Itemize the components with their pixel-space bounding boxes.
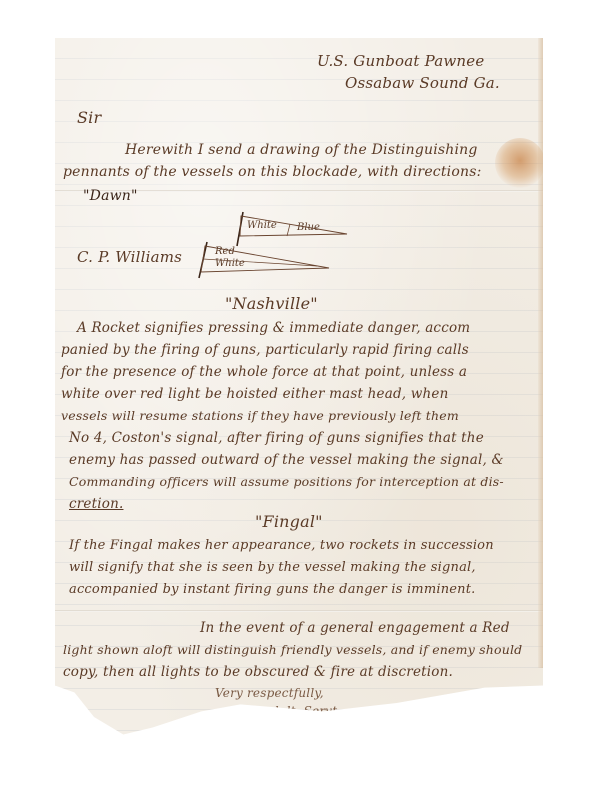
fingal-line: If the Fingal makes her appearance, two … [69,538,494,553]
dawn-label: "Dawn" [83,188,138,204]
fold-line [55,610,543,612]
pennant-color: Blue [297,222,320,233]
nashville-line: cretion. [69,496,123,512]
intro-line: pennants of the vessels on this blockade… [63,164,482,180]
stain [495,138,545,188]
williams-label: C. P. Williams [77,248,182,266]
intro-line: Herewith I send a drawing of the Disting… [125,142,478,158]
fingal-line: accompanied by instant firing guns the d… [69,582,476,597]
general-line: light shown aloft will distinguish frien… [63,642,522,657]
heading-line1: U.S. Gunboat Pawnee [317,52,484,70]
general-line: copy, then all lights to be obscured & f… [63,664,453,680]
pennant-color: White [215,258,245,269]
closing-line: Your obdt. Servt. [235,704,341,718]
pennant-color: Red [215,246,235,257]
pennant-color: White [247,220,277,231]
nashville-line: panied by the firing of guns, particular… [61,342,469,358]
fingal-line: will signify that she is seen by the ves… [69,560,476,575]
nashville-line: white over red light be hoisted either m… [61,386,449,402]
nashville-line: Commanding officers will assume position… [69,474,504,489]
section-title-fingal: "Fingal" [255,512,323,531]
heading-line2: Ossabaw Sound Ga. [345,74,500,92]
nashville-line: for the presence of the whole force at t… [61,364,467,380]
nashville-line: A Rocket signifies pressing & immediate … [77,320,470,336]
williams-pennant: Red White [197,238,337,282]
nashville-line: enemy has passed outward of the vessel m… [69,452,504,468]
nashville-line: No 4, Coston's signal, after firing of g… [69,430,484,446]
paper-edge [538,38,543,668]
salutation: Sir [77,108,101,127]
section-title-nashville: "Nashville" [225,294,318,313]
general-line: In the event of a general engagement a R… [200,620,510,636]
nashville-line: vessels will resume stations if they hav… [61,408,459,423]
signature: E.C.W. [255,722,295,736]
letter-paper: U.S. Gunboat Pawnee Ossabaw Sound Ga. Si… [55,38,543,738]
closing-line: Very respectfully, [215,686,324,700]
